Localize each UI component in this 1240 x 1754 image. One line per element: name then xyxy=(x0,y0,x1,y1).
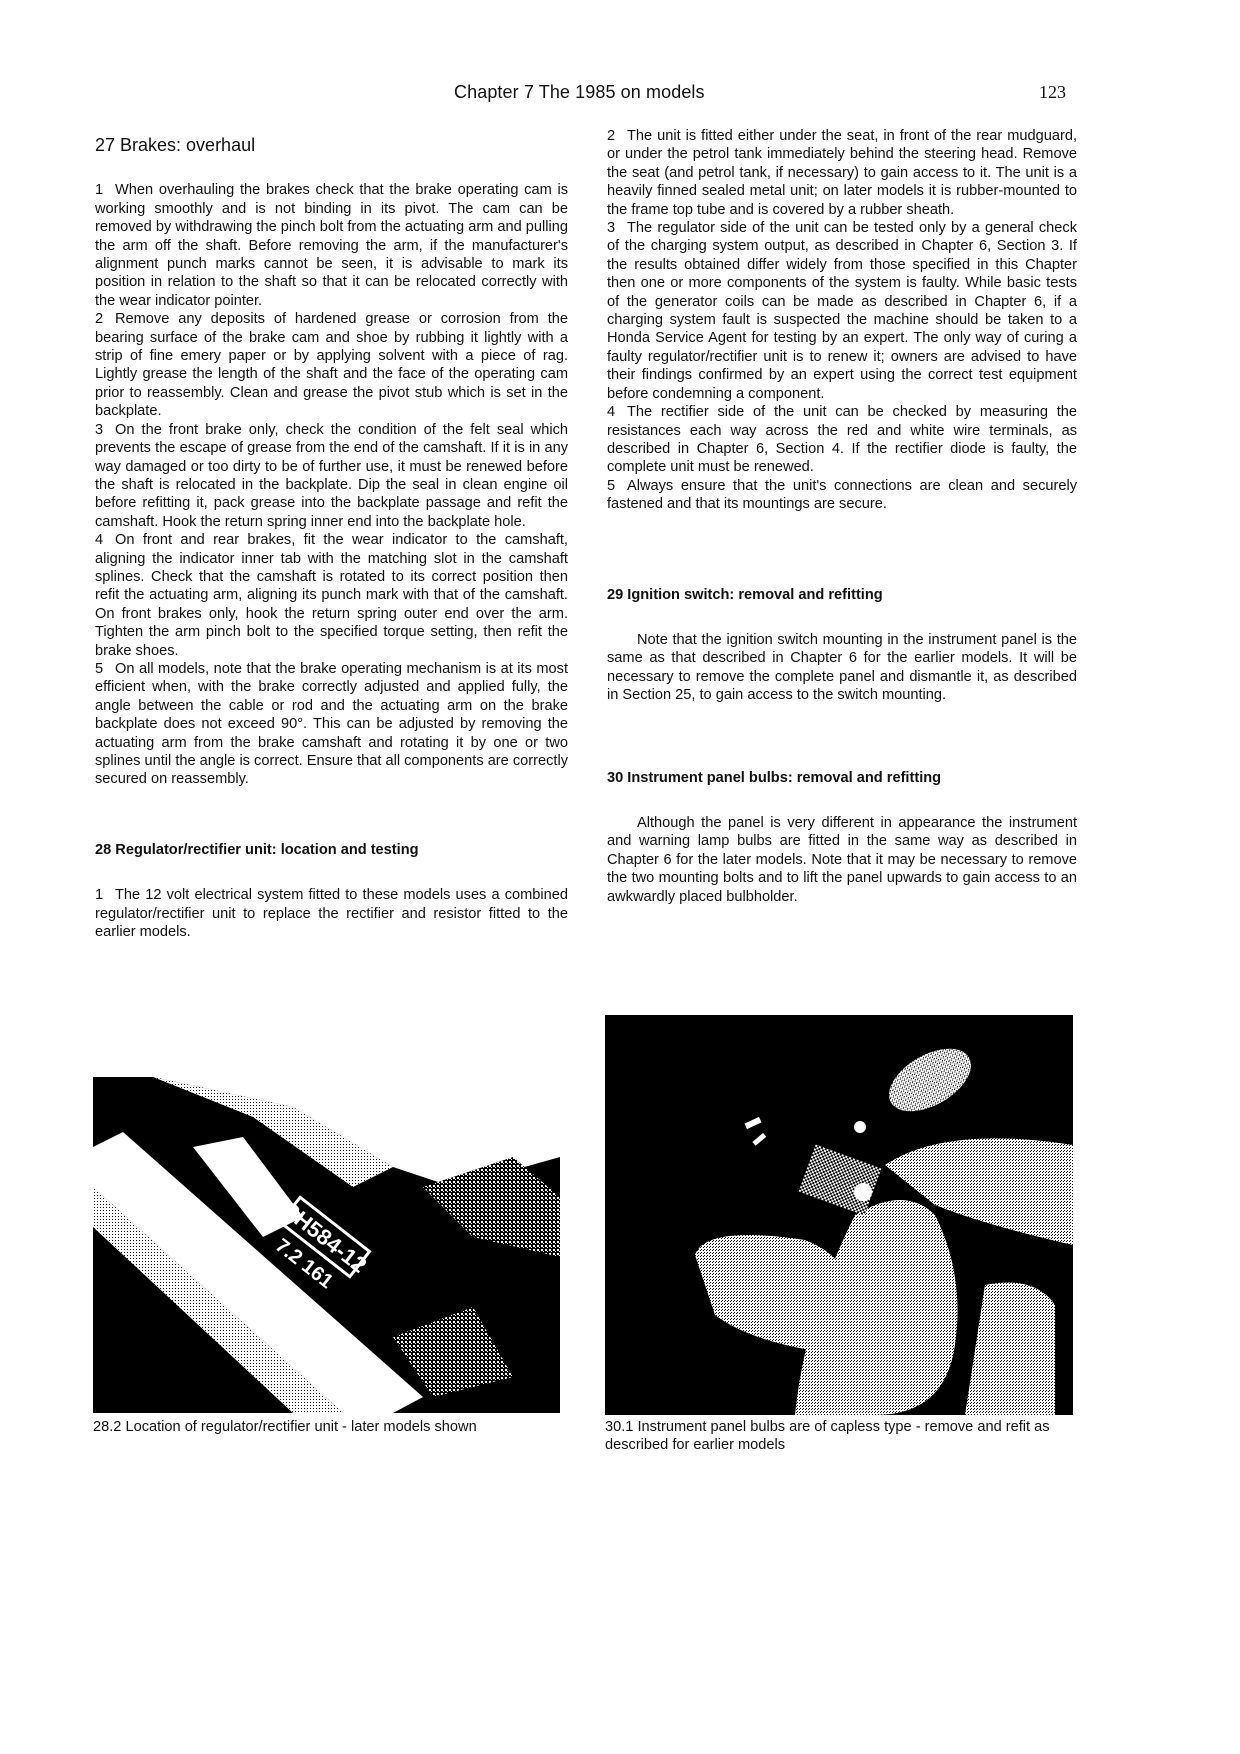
section-30-heading: 30 Instrument panel bulbs: removal and r… xyxy=(607,769,1077,787)
section-28-para-2: 2The unit is fitted either under the sea… xyxy=(607,127,1077,219)
regulator-unit-photo-illustration: SH584-12 7.2 161 xyxy=(93,1077,560,1413)
figure-28-2-photo: SH584-12 7.2 161 xyxy=(93,1077,560,1413)
section-28-para-4: 4The rectifier side of the unit can be c… xyxy=(607,403,1077,477)
figure-30-1-photo xyxy=(605,1015,1073,1415)
section-27-para-2: 2Remove any deposits of hardened grease … xyxy=(95,310,568,420)
section-27-para-5: 5On all models, note that the brake oper… xyxy=(95,660,568,789)
instrument-panel-bulb-photo-illustration xyxy=(605,1015,1073,1415)
figure-28-2-caption: 28.2 Location of regulator/rectifier uni… xyxy=(93,1418,573,1436)
section-27-para-3: 3On the front brake only, check the cond… xyxy=(95,421,568,531)
page-number: 123 xyxy=(1039,82,1066,103)
section-29-body: Note that the ignition switch mounting i… xyxy=(607,631,1077,705)
section-27-para-1: 1When overhauling the brakes check that … xyxy=(95,181,568,310)
right-column: 2The unit is fitted either under the sea… xyxy=(607,127,1077,906)
running-header-title: Chapter 7 The 1985 on models xyxy=(454,82,705,103)
section-27-para-4: 4On front and rear brakes, fit the wear … xyxy=(95,531,568,660)
section-28-heading: 28 Regulator/rectifier unit: location an… xyxy=(95,841,568,859)
left-column: 27 Brakes: overhaul 1When overhauling th… xyxy=(95,136,568,941)
section-30-body: Although the panel is very different in … xyxy=(607,814,1077,906)
section-27-heading: 27 Brakes: overhaul xyxy=(95,136,568,154)
section-29-heading: 29 Ignition switch: removal and refittin… xyxy=(607,586,1077,604)
section-28-para-5: 5Always ensure that the unit's connectio… xyxy=(607,477,1077,514)
section-28-para-1: 1The 12 volt electrical system fitted to… xyxy=(95,886,568,941)
figure-30-1-caption: 30.1 Instrument panel bulbs are of caple… xyxy=(605,1418,1075,1454)
section-28-para-3: 3The regulator side of the unit can be t… xyxy=(607,219,1077,403)
